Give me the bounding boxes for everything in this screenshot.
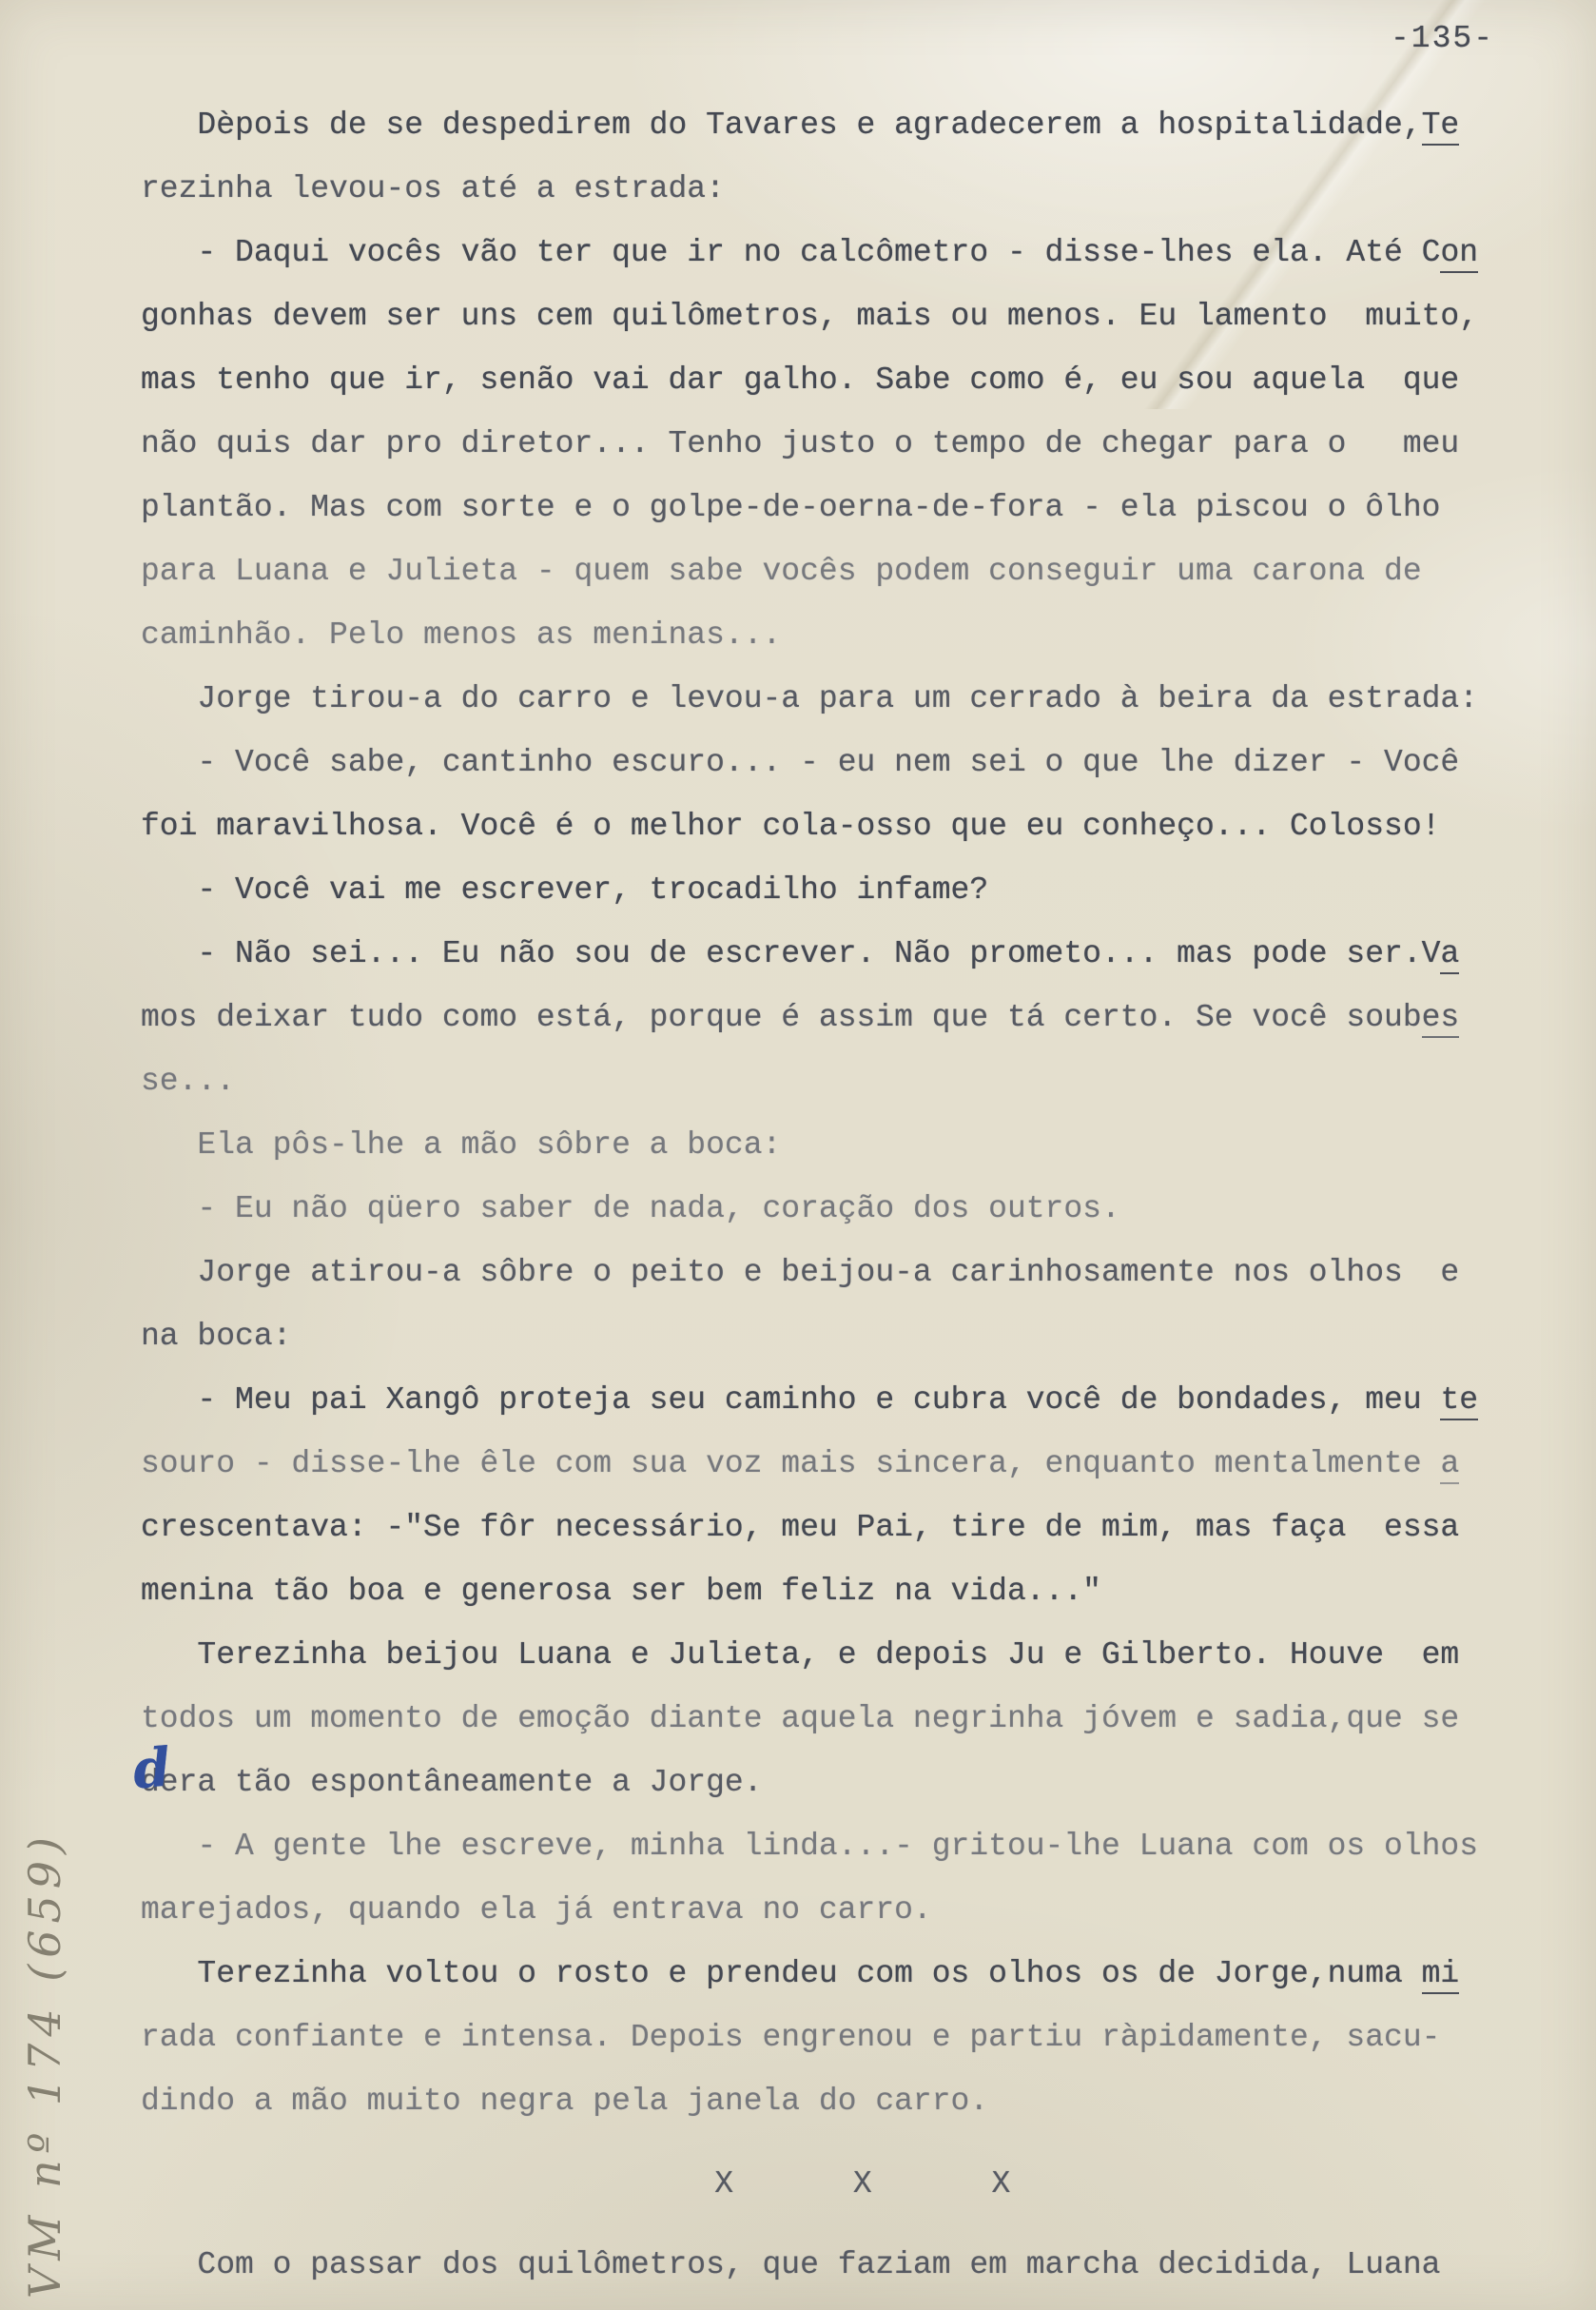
line-text: marejados, quando ela já entrava no carr…: [141, 1892, 932, 1928]
line-text: para Luana e Julieta - quem sabe vocês p…: [141, 554, 1422, 589]
text-line: rada confiante e intensa. Depois engreno…: [141, 2006, 1548, 2069]
text-line: na boca:: [141, 1304, 1548, 1368]
line-text: - Não sei... Eu não sou de escrever. Não…: [141, 936, 1440, 971]
line-text: Com o passar dos quilômetros, que faziam…: [141, 2247, 1440, 2282]
text-line: para Luana e Julieta - quem sabe vocês p…: [141, 539, 1548, 603]
line-text: dera tão espontâneamente a Jorge.: [141, 1765, 763, 1800]
text-line: Dèpois de se despedirem do Tavares e agr…: [141, 93, 1548, 157]
line-text: Jorge tirou-a do carro e levou-a para um…: [141, 681, 1478, 716]
text-line: dera tão espontâneamente a Jorge.: [141, 1751, 1548, 1814]
text-line: Jorge tirou-a do carro e levou-a para um…: [141, 667, 1548, 731]
line-text: - Você vai me escrever, trocadilho infam…: [141, 872, 988, 908]
line-text: - Eu não qüero saber de nada, coração do…: [141, 1191, 1120, 1226]
section-separator: X X X: [141, 2152, 1548, 2216]
underlined-syllable: te: [1440, 1382, 1478, 1420]
handwritten-margin-note: VM nº 174 (659): [19, 1642, 70, 2299]
line-text: não quis dar pro diretor... Tenho justo …: [141, 426, 1459, 461]
line-text: menina tão boa e generosa ser bem feliz …: [141, 1574, 1101, 1609]
line-text: - A gente lhe escreve, minha linda...- g…: [141, 1829, 1478, 1864]
line-text: mos deixar tudo como está, porque é assi…: [141, 1000, 1422, 1035]
line-text: Terezinha voltou o rosto e prendeu com o…: [141, 1956, 1422, 1991]
text-line: Ela pôs-lhe a mão sôbre a boca:: [141, 1113, 1548, 1177]
line-text: Jorge atirou-a sôbre o peito e beijou-a …: [141, 1255, 1459, 1290]
text-line: marejados, quando ela já entrava no carr…: [141, 1878, 1548, 1942]
text-line: caminhão. Pelo menos as meninas...: [141, 603, 1548, 667]
line-text: rezinha levou-os até a estrada:: [141, 171, 725, 206]
text-line: crescentava: -"Se fôr necessário, meu Pa…: [141, 1496, 1548, 1559]
text-line: todos um momento de emoção diante aquela…: [141, 1687, 1548, 1751]
text-line: menina tão boa e generosa ser bem feliz …: [141, 1559, 1548, 1623]
underlined-syllable: a: [1440, 1446, 1459, 1484]
line-text: Terezinha beijou Luana e Julieta, e depo…: [141, 1637, 1459, 1673]
text-line: - Meu pai Xangô proteja seu caminho e cu…: [141, 1368, 1548, 1432]
line-text: gonhas devem ser uns cem quilômetros, ma…: [141, 299, 1478, 334]
line-text: souro - disse-lhe êle com sua voz mais s…: [141, 1446, 1440, 1481]
underlined-syllable: es: [1422, 1000, 1460, 1038]
line-text: - Você sabe, cantinho escuro... - eu nem…: [141, 745, 1459, 780]
typewritten-page: -135- Dèpois de se despedirem do Tavares…: [0, 0, 1596, 2310]
handwritten-correction-d: d: [130, 1735, 173, 1801]
line-text: - Meu pai Xangô proteja seu caminho e cu…: [141, 1382, 1440, 1418]
text-line: Jorge atirou-a sôbre o peito e beijou-a …: [141, 1241, 1548, 1304]
line-text: rada confiante e intensa. Depois engreno…: [141, 2020, 1440, 2055]
text-line: mas tenho que ir, senão vai dar galho. S…: [141, 348, 1548, 412]
underlined-syllable: a: [1440, 936, 1459, 974]
line-text: todos um momento de emoção diante aquela…: [141, 1701, 1459, 1736]
text-line: rezinha levou-os até a estrada:: [141, 157, 1548, 221]
text-line: foi maravilhosa. Você é o melhor cola-os…: [141, 794, 1548, 858]
text-line: Terezinha voltou o rosto e prendeu com o…: [141, 1942, 1548, 2006]
text-line: Com o passar dos quilômetros, que faziam…: [141, 2233, 1548, 2297]
text-line: souro - disse-lhe êle com sua voz mais s…: [141, 1432, 1548, 1496]
text-line: gonhas devem ser uns cem quilômetros, ma…: [141, 284, 1548, 348]
text-line: - Você vai me escrever, trocadilho infam…: [141, 858, 1548, 922]
text-line: - Eu não qüero saber de nada, coração do…: [141, 1177, 1548, 1241]
line-text: plantão. Mas com sorte e o golpe-de-oern…: [141, 490, 1440, 525]
text-line: - Você sabe, cantinho escuro... - eu nem…: [141, 731, 1548, 794]
text-line: Terezinha beijou Luana e Julieta, e depo…: [141, 1623, 1548, 1687]
text-line: se...: [141, 1049, 1548, 1113]
text-line: - Não sei... Eu não sou de escrever. Não…: [141, 922, 1548, 986]
line-text: dindo a mão muito negra pela janela do c…: [141, 2084, 988, 2119]
line-text: Dèpois de se despedirem do Tavares e agr…: [141, 108, 1422, 143]
text-block: Dèpois de se despedirem do Tavares e agr…: [141, 0, 1548, 2297]
underlined-syllable: mi: [1422, 1956, 1460, 1994]
underlined-syllable: Te: [1422, 108, 1460, 146]
line-text: X X X: [141, 2166, 1011, 2202]
text-line: plantão. Mas com sorte e o golpe-de-oern…: [141, 476, 1548, 539]
text-line: mos deixar tudo como está, porque é assi…: [141, 986, 1548, 1049]
line-text: na boca:: [141, 1319, 291, 1354]
underlined-syllable: on: [1440, 235, 1478, 273]
text-line: dindo a mão muito negra pela janela do c…: [141, 2069, 1548, 2133]
line-text: se...: [141, 1064, 235, 1099]
line-text: caminhão. Pelo menos as meninas...: [141, 617, 781, 653]
line-text: mas tenho que ir, senão vai dar galho. S…: [141, 362, 1459, 398]
line-text: crescentava: -"Se fôr necessário, meu Pa…: [141, 1510, 1459, 1545]
text-line: não quis dar pro diretor... Tenho justo …: [141, 412, 1548, 476]
line-text: foi maravilhosa. Você é o melhor cola-os…: [141, 809, 1440, 844]
line-text: - Daqui vocês vão ter que ir no calcômet…: [141, 235, 1440, 270]
text-line: - A gente lhe escreve, minha linda...- g…: [141, 1814, 1548, 1878]
text-line: - Daqui vocês vão ter que ir no calcômet…: [141, 221, 1548, 284]
line-text: Ela pôs-lhe a mão sôbre a boca:: [141, 1127, 781, 1163]
